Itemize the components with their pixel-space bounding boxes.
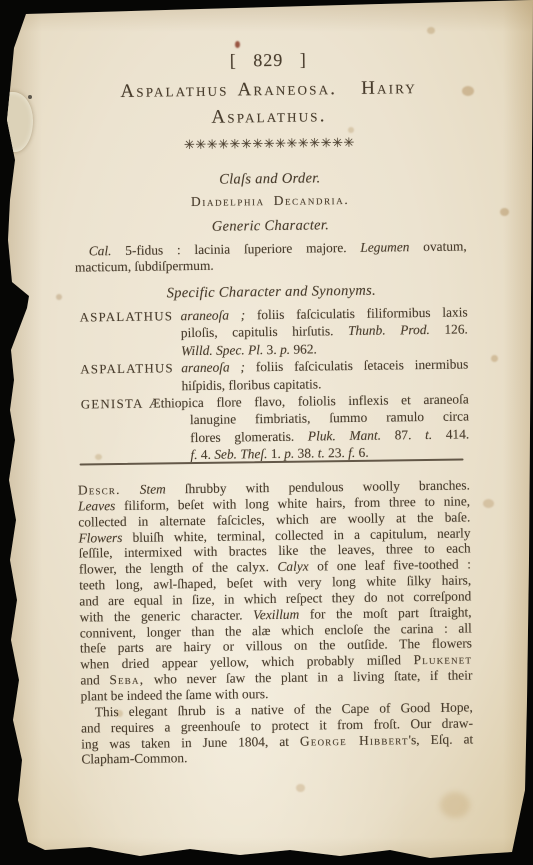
title-line-2: Aspalathus. (73, 103, 465, 130)
scanned-page: [ 829 ] Aspalathus Araneosa.Hairy Aspala… (0, 0, 533, 865)
heading-specific-character: Specific Character and Synonyms. (75, 281, 467, 303)
paper-repair-patch (0, 92, 33, 152)
text-segment: Clapham-Common. (81, 750, 187, 766)
text-segment: 962. (290, 341, 317, 356)
text-segment: who never ſaw the plant in a living ſtat… (144, 668, 472, 687)
synonym-definition: araneoſa ; foliis faſciculatis filiformi… (181, 303, 469, 359)
text-segment: ovatum, (409, 238, 466, 254)
text-segment: p. (284, 446, 294, 461)
text-segment: Descr. (78, 482, 121, 498)
text-segment: 23. (325, 445, 349, 460)
scan-background: { "page": { "number": "[ 829 ]", "title"… (0, 0, 533, 865)
text-segment: Thunb. Prod. (348, 322, 430, 338)
text-segment: Leaves (78, 498, 115, 513)
text-segment: 38. (294, 446, 318, 461)
synonym-term: GENISTA (81, 396, 144, 414)
page-number: [ 829 ] (72, 47, 464, 73)
page-title: Aspalathus Araneosa.Hairy (73, 76, 465, 103)
text-segment: 4. (197, 447, 214, 462)
text-segment: Vexillum (253, 606, 299, 622)
text-segment: araneoſa ; (181, 307, 246, 323)
text-segment (121, 482, 140, 497)
provenance-paragraph: This elegant ſhrub is a native of the Ca… (81, 699, 474, 768)
description-section: Descr. Stem ſhrubby with pendulous wooll… (78, 477, 474, 767)
text-segment: of one leaf five-toothed : (309, 557, 471, 574)
text-segment: flores glomeratis. (190, 428, 308, 445)
generic-character-text: Cal. 5-fidus : lacinia ſuperiore majore.… (75, 238, 467, 274)
synonym-entry: ASPALATHUS araneoſa ; foliis faſciculati… (76, 303, 469, 360)
text-segment: flower, the length of the calyx. (79, 559, 278, 577)
text-segment: plant be indeed the ſame with ours. (80, 686, 268, 703)
title-latin-name: Aspalathus Araneosa. (120, 78, 337, 102)
text-segment: 87. (381, 427, 425, 443)
text-segment: 5-fidus : lacinia ſuperiore majore. (111, 240, 360, 258)
text-segment: Legumen (360, 239, 409, 255)
text-segment: Seb. Theſ. (214, 446, 267, 462)
synonym-term: ASPALATHUS (80, 361, 174, 380)
heading-generic-character: Generic Character. (74, 215, 466, 237)
printer-ornament-row: ✳✳✳✳✳✳✳✳✳✳✳✳✳✳✳ (73, 134, 465, 154)
text-segment: Flowers (78, 530, 122, 546)
page-text-block: [ 829 ] Aspalathus Araneosa.Hairy Aspala… (72, 0, 475, 823)
text-segment: 126. (430, 322, 468, 337)
heading-class-and-order: Claſs and Order. (74, 168, 466, 190)
text-segment: lanugine fimbriatis, ſummo ramulo circa (190, 409, 469, 428)
text-segment: Plukenet (414, 652, 473, 668)
text-segment: p. (280, 342, 290, 357)
text-segment: and (80, 672, 109, 687)
synonym-entry: GENISTA Æthiopica flore flavo, foliolis … (77, 390, 470, 465)
text-segment: Stem (140, 481, 166, 496)
description-paragraph: Descr. Stem ſhrubby with pendulous wooll… (78, 477, 473, 704)
class-order-value: Diadelphia Decandria. (74, 190, 466, 211)
text-segment: Willd. Spec. Pl. (181, 342, 263, 358)
text-segment: Calyx (277, 559, 308, 574)
text-segment: for the moſt part ſtraight, (299, 604, 471, 621)
text-segment: George Hibbert (300, 732, 409, 748)
text-segment: Cal. (89, 243, 112, 258)
text-segment: with the generic character. (79, 607, 253, 624)
text-segment: 1. (267, 446, 284, 461)
synonym-entry: ASPALATHUS araneoſa ; foliis faſciculati… (76, 356, 468, 396)
synonym-definition: Æthiopica flore flavo, foliolis inflexis… (190, 390, 470, 463)
text-segment: 's, Eſq. at (408, 731, 473, 747)
text-segment: foliis faſciculatis ſetaceis inermibus (245, 357, 469, 375)
text-segment: piloſis, capitulis hirſutis. (181, 323, 348, 340)
title-common-name-1: Hairy (361, 77, 417, 99)
text-segment: araneoſa ; (181, 360, 245, 376)
synonym-definition: araneoſa ; foliis faſciculatis ſetaceis … (181, 356, 468, 395)
text-segment: foliis faſciculatis filiformibus laxis (245, 304, 468, 322)
text-segment: 414. (432, 426, 469, 441)
text-segment: 6. (355, 445, 369, 460)
text-segment: 3. (263, 342, 280, 357)
text-segment: hiſpidis, floribus capitatis. (181, 376, 321, 393)
text-segment: ing was taken in June 1804, at (81, 733, 300, 751)
synonym-term: ASPALATHUS (80, 308, 174, 327)
synonym-list: ASPALATHUS araneoſa ; foliis faſciculati… (76, 303, 470, 465)
text-segment: Seba, (109, 672, 144, 687)
text-segment: Pluk. Mant. (308, 427, 381, 443)
text-segment: macticum, ſubdiſpermum. (75, 257, 214, 274)
